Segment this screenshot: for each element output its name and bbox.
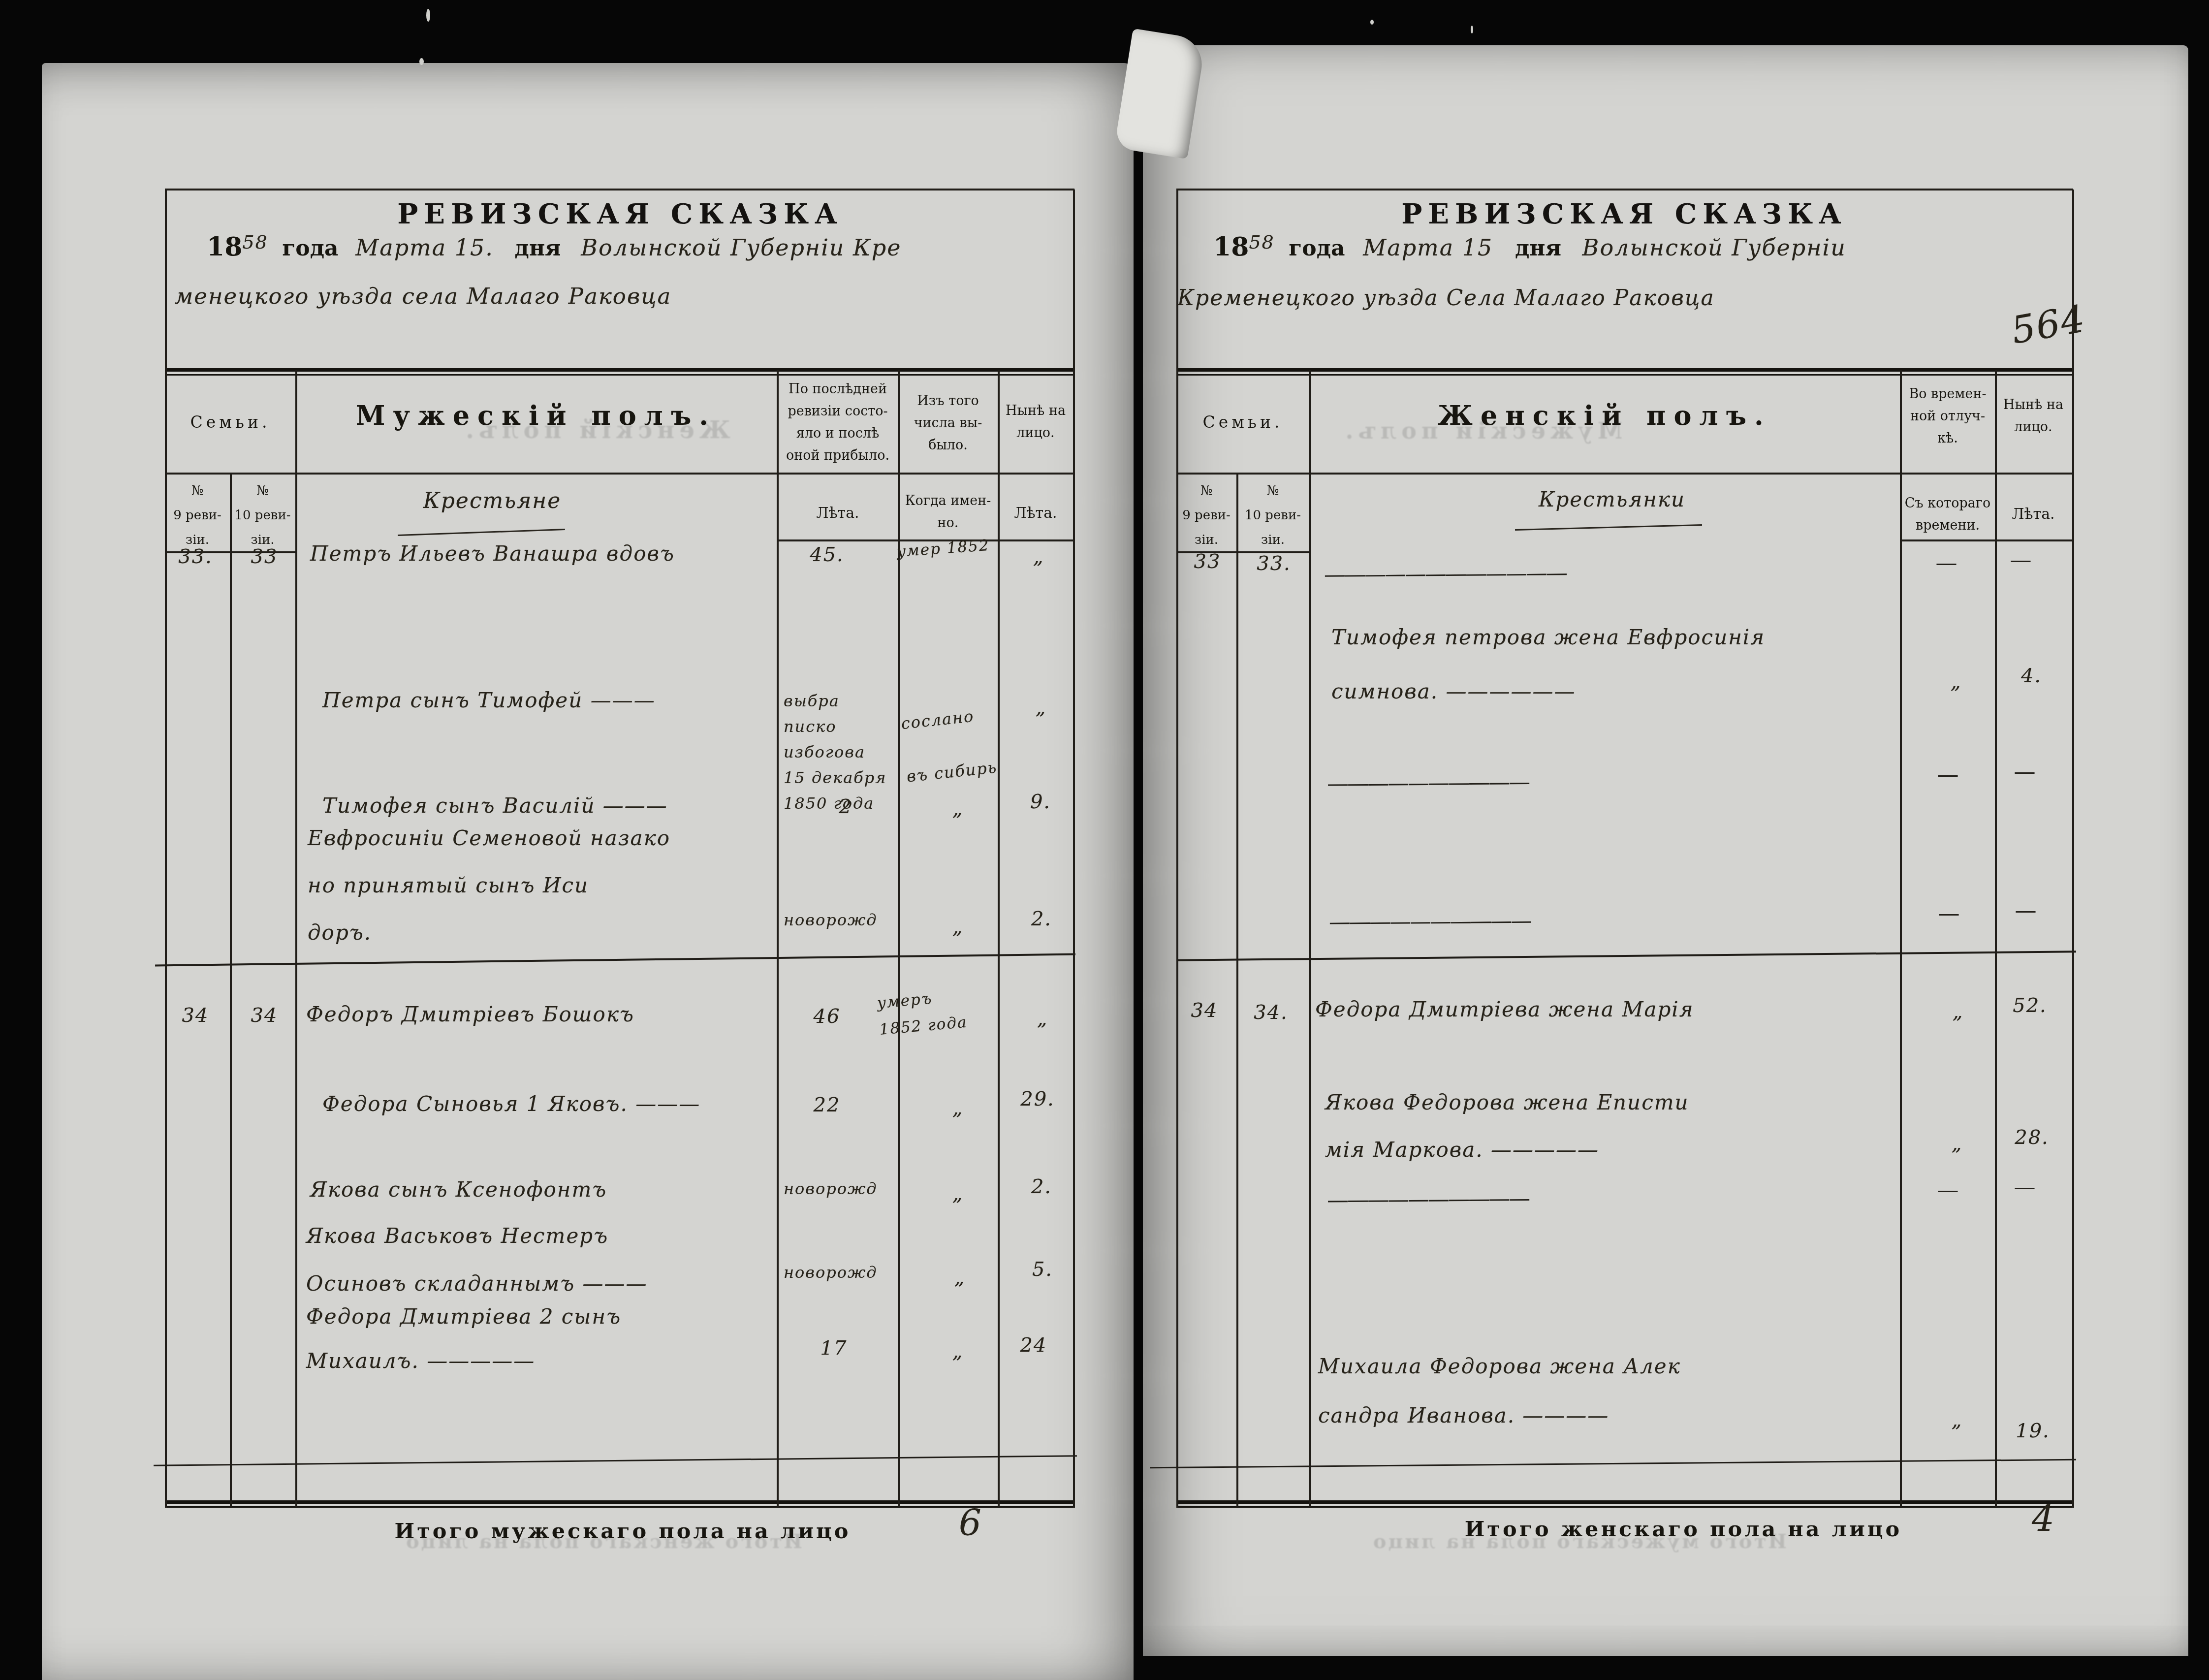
printed-dnya: дня <box>1515 236 1561 261</box>
right-sub-age-now: Лѣта. <box>1996 503 2070 525</box>
handwritten-uyezd-village: менецкого уѣзда села Малаго Раковца <box>175 283 1061 309</box>
printed-goda: года <box>282 236 338 261</box>
handwritten-year: 58 <box>242 231 268 253</box>
cell-l0-n10: 33 <box>242 545 286 568</box>
cell-r0-n9: 33 <box>1185 550 1230 573</box>
cell-l4-prev: 46 <box>806 1005 848 1028</box>
scan-speck <box>1471 26 1473 33</box>
left-sub-age: Лѣта. <box>779 502 897 524</box>
cell-r4-name: Федора Дмитріева жена Марія <box>1315 997 1896 1021</box>
cell-r7-name: Михаила Федорова жена Алек сандра Иванов… <box>1318 1342 1899 1440</box>
handwritten-province: Волынской Губерніи Кре <box>581 234 901 261</box>
cell-l5-now: 29. <box>1013 1088 1062 1110</box>
cell-l2-when: „ <box>943 797 973 820</box>
cell-l0-prev: 45. <box>797 543 856 566</box>
handwritten-date: Марта 15 <box>1363 234 1493 261</box>
right-col-line <box>1900 370 1902 1507</box>
left-col-now-present: Нынѣ на лицо. <box>999 400 1072 444</box>
printed-year-prefix: 18 <box>207 232 242 262</box>
right-total-value: 4 <box>2032 1498 2091 1540</box>
cell-l5-name: Федора Сыновья 1 Яковъ. ——— <box>322 1092 785 1116</box>
left-table-top-rule <box>165 189 1074 190</box>
printed-goda: года <box>1289 236 1345 261</box>
cell-l0-name: Петръ Ильевъ Ванашра вдовъ <box>310 541 773 566</box>
left-table-subheader-rule <box>165 473 1074 475</box>
revision-list-scan: РЕВИЗСКАЯ СКАЗКА 1858 года Марта 15. дня… <box>0 0 2209 1680</box>
right-total-label: Итого женскаго пола на лицо <box>1437 1517 1929 1542</box>
right-col-line <box>1995 370 1997 1507</box>
cell-r2-since-dash: — <box>1927 762 1967 787</box>
cell-r6-ditto-dash: —————————— <box>1327 1183 1859 1212</box>
cell-l4-name: Федоръ Дмитріевъ Бошокъ <box>306 1002 769 1026</box>
left-col-departed: Изъ того числа вы- было. <box>900 390 996 456</box>
left-col-line <box>898 370 900 1507</box>
cell-r2-ditto-dash: —————————— <box>1327 766 1873 796</box>
cell-l4-n9: 34 <box>173 1004 218 1027</box>
cell-l0-n9: 33. <box>173 545 218 568</box>
right-sub-n10: № 10 реви- зіи. <box>1236 478 1309 552</box>
cell-l7-now: 5. <box>1022 1258 1063 1281</box>
cell-r1-now: 4. <box>2009 665 2053 687</box>
cell-r5-name: Якова Федорова жена Еписти мія Маркова. … <box>1325 1079 1901 1173</box>
cell-l2-now: 9. <box>1020 791 1061 813</box>
cell-l0-now: „ <box>1024 545 1053 568</box>
cell-r7-now: 19. <box>2008 1420 2057 1442</box>
cell-l5-prev: 22 <box>806 1094 848 1116</box>
cell-l7-name: Якова Васьковъ Нестеръ Осиновъ складанны… <box>306 1212 789 1307</box>
cell-l1-name: Петра сынъ Тимофей ——— <box>322 688 785 712</box>
right-col-temp-absence: Во времен- ной отлуч- кѣ. <box>1902 383 1993 449</box>
cell-r4-since: „ <box>1943 1000 1973 1023</box>
right-table-border-left <box>1176 190 1178 1508</box>
right-table-border-right <box>2072 190 2074 1508</box>
cell-l7-prev: новорожд <box>784 1263 897 1282</box>
scan-speck <box>426 9 430 22</box>
cell-l3-prev: новорожд <box>784 911 894 929</box>
cell-l4-when: умеръ 1852 года <box>876 981 984 1043</box>
left-sub-age-now: Лѣта. <box>999 502 1072 524</box>
cell-l1-now: „ <box>1026 696 1056 719</box>
left-col-line <box>998 370 1000 1507</box>
left-table-bottom-rule <box>165 1500 1074 1508</box>
cell-r0-since-dash: — <box>1924 550 1968 575</box>
cell-r4-now: 52. <box>2004 994 2055 1017</box>
cell-l6-now: 2. <box>1021 1175 1062 1198</box>
right-sub-n9: № 9 реви- зіи. <box>1176 478 1236 552</box>
left-doc-title: РЕВИЗСКАЯ СКАЗКА <box>246 198 994 230</box>
left-col-line <box>295 370 297 1507</box>
cell-r7-since: „ <box>1942 1409 1972 1431</box>
right-age-cols-rule <box>1900 539 2073 541</box>
cell-l5-when: „ <box>943 1097 973 1119</box>
right-col-line <box>1309 370 1311 1507</box>
cell-r6-since-dash: — <box>1927 1177 1967 1203</box>
handwritten-year: 58 <box>1249 231 1274 253</box>
scan-speck <box>419 58 424 65</box>
cell-l2-prev: 2 <box>831 795 860 818</box>
cell-l1-when: сослано въ сибирь <box>898 688 1003 803</box>
left-sub-n9: № 9 реви- зіи. <box>165 478 230 552</box>
right-sub-peasant-women: Крестьянки <box>1496 487 1728 511</box>
cell-r2-now-dash: — <box>2004 759 2044 784</box>
left-total-label: Итого мужескаго пола на лицо <box>305 1519 940 1544</box>
cell-r4-n10: 34. <box>1246 1001 1295 1024</box>
cell-r3-since-dash: — <box>1928 901 1968 926</box>
left-table-header-rule <box>165 368 1074 376</box>
cell-l7-when: „ <box>945 1266 975 1289</box>
left-total-value: 6 <box>959 1502 1018 1544</box>
cell-l8-prev: 17 <box>813 1337 854 1360</box>
right-doc-title: РЕВИЗСКАЯ СКАЗКА <box>1260 198 1988 230</box>
cell-r6-now-dash: — <box>2004 1174 2044 1200</box>
right-col-now-present: Нынѣ на лицо. <box>1996 394 2070 438</box>
cell-l8-now: 24 <box>1008 1334 1059 1357</box>
cell-r5-since: „ <box>1942 1132 1972 1155</box>
printed-dnya: дня <box>515 236 561 261</box>
cell-l6-name: Якова сынъ Ксенофонтъ <box>310 1177 773 1202</box>
left-sub-when: Когда имен- но. <box>900 490 996 534</box>
scan-speck <box>1370 20 1374 25</box>
right-col-line <box>1236 474 1238 1507</box>
printed-year-prefix: 18 <box>1213 232 1249 262</box>
left-table-border-right <box>1073 190 1075 1508</box>
cell-l6-when: „ <box>943 1182 973 1205</box>
handwritten-date: Марта 15. <box>355 234 494 261</box>
left-sub-peasants: Крестьяне <box>389 488 596 513</box>
cell-l3-when: „ <box>943 916 973 938</box>
bleedthrough-male-header: Мужескій полъ. <box>1260 417 1703 444</box>
cell-r4-n9: 34 <box>1182 999 1227 1022</box>
left-col-families: Семьи. <box>165 412 296 432</box>
cell-l4-n10: 34 <box>242 1004 286 1027</box>
left-sub-n10: № 10 реви- зіи. <box>230 478 295 552</box>
cell-l4-now: „ <box>1028 1007 1057 1030</box>
cell-l6-prev: новорожд <box>784 1179 894 1198</box>
cell-l8-when: „ <box>943 1340 973 1363</box>
cell-l3-now: 2. <box>1021 908 1062 930</box>
left-table-border-left <box>165 190 167 1508</box>
bleedthrough-female-header: Женскій полъ. <box>374 416 817 444</box>
cell-r0-ditto-dash: ———————————— <box>1324 558 1885 587</box>
cell-r0-now-dash: — <box>2000 547 2040 572</box>
cell-l3-name: Евфросиніи Семеновой назако но принятый … <box>308 815 780 956</box>
right-sub-since: Съ котораго времени. <box>1902 492 1993 537</box>
handwritten-uyezd-village: Кременецкого уѣзда Села Малаго Раковца <box>1177 285 2014 311</box>
cell-r1-since: „ <box>1941 670 1971 693</box>
right-table-top-rule <box>1176 189 2073 190</box>
cell-r3-now-dash: — <box>2005 898 2045 923</box>
cell-r0-n10: 33. <box>1249 552 1298 575</box>
cell-l8-name: Федора Дмитріева 2 сынъ Михаилъ. ————— <box>306 1295 789 1383</box>
cell-r3-ditto-dash: —————————— <box>1329 906 1875 935</box>
handwritten-province: Волынской Губерніи <box>1582 234 1846 261</box>
cell-l2-name: Тимофея сынъ Василій ——— <box>322 793 785 818</box>
left-col-line <box>230 474 232 1507</box>
cell-r5-now: 28. <box>2006 1126 2057 1149</box>
cell-r1-name: Тимофея петрова жена Евфросинія симнова.… <box>1331 610 1907 719</box>
